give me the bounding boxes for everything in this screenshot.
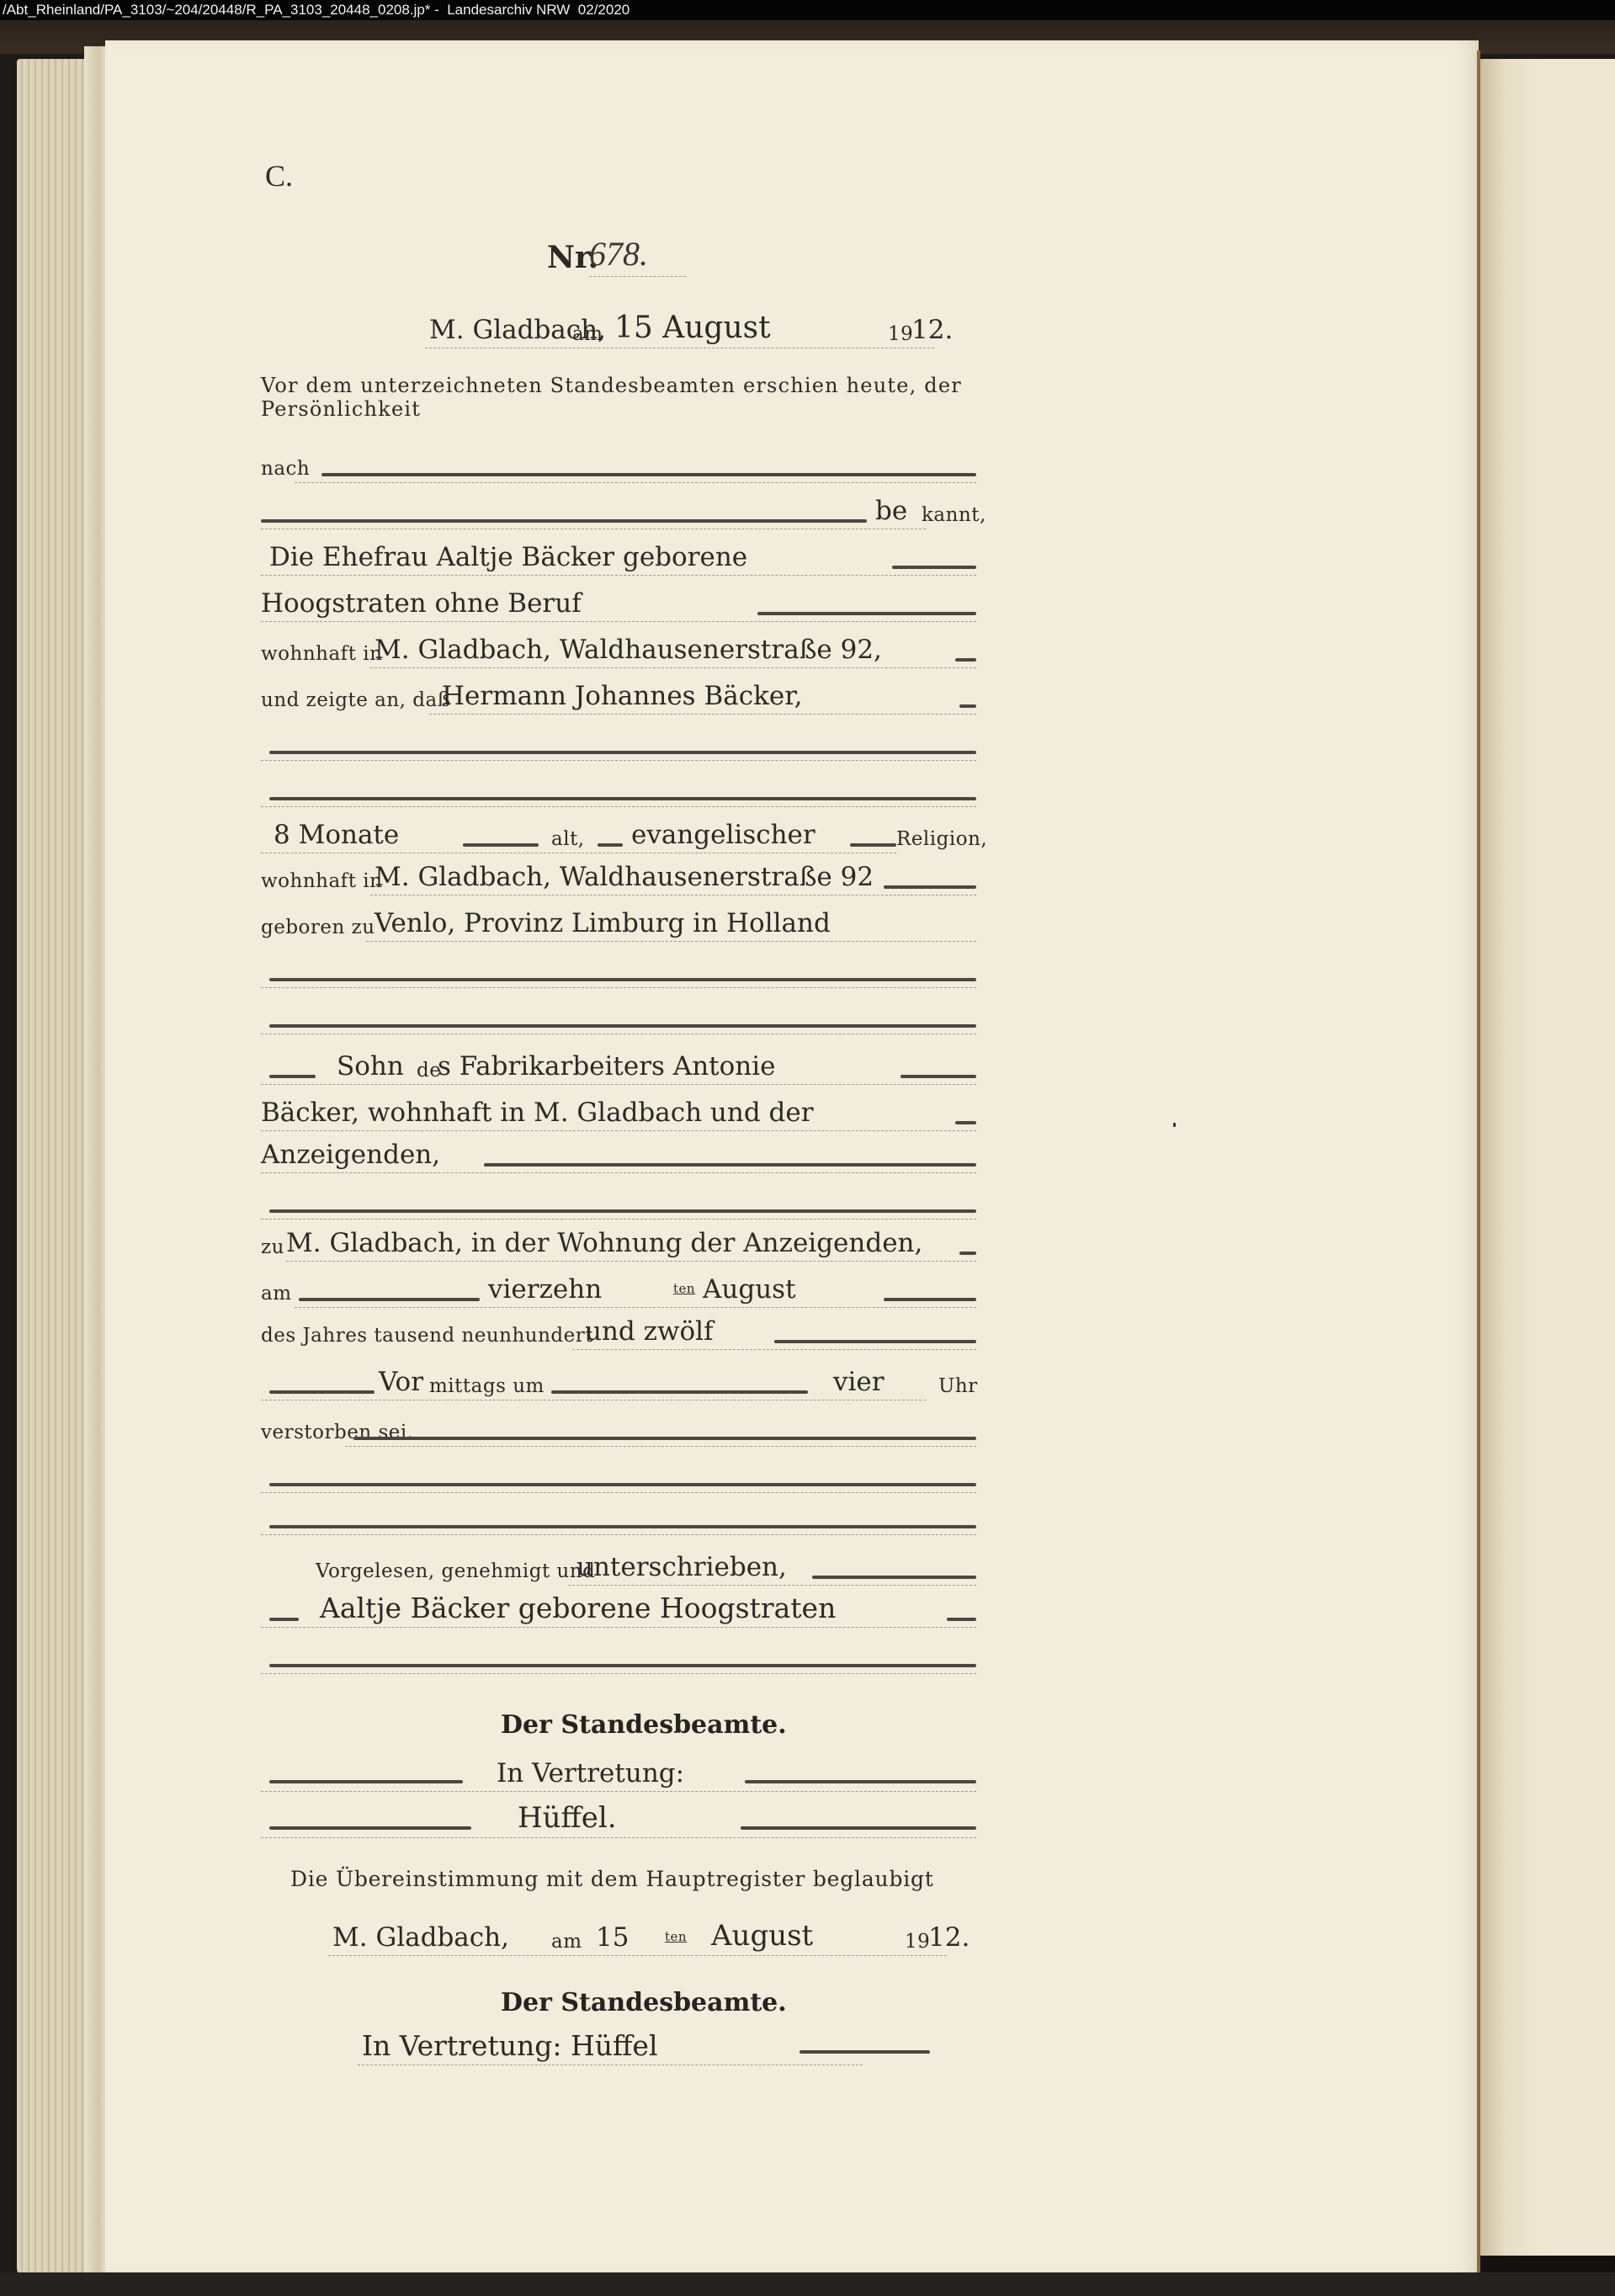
declarant-line-2: Hoogstraten ohne Beruf [261,588,582,619]
blank-row-6 [261,1456,976,1493]
bekannt-label: kannt, [922,504,986,526]
nach-label: nach [261,458,310,480]
registrar-name-row: Hüffel. [261,1801,976,1838]
bekannt-rule [261,519,867,523]
death-date-row: am vierzehn ten August [261,1271,976,1308]
cert-year-prefix: 19 [905,1931,930,1953]
mittags-label: mittags um [429,1375,545,1397]
deceased-address: M. Gladbach, Waldhausenerstraße 92 [375,862,874,892]
certification-text: Die Übereinstimmung mit dem Hauptregiste… [290,1867,934,1891]
declarant-signature-row: Aaltje Bäcker geborene Hoogstraten [261,1591,976,1628]
parents-row-2: Bäcker, wohnhaft in M. Gladbach und der [261,1094,976,1131]
sohn-handwritten: Sohn [337,1051,404,1082]
registrar-heading: Der Standesbeamte. [501,1710,787,1740]
parents-row-3: Anzeigenden, [261,1136,976,1173]
death-ten: ten [673,1281,695,1296]
death-month: August [703,1274,796,1305]
header-day-month: 15 August [614,311,771,345]
section-letter: C. [265,158,293,194]
cert-place: M. Gladbach, [332,1922,509,1953]
deceased-wohnhaft-label: wohnhaft in [261,870,382,892]
religion-label: Religion, [896,828,987,850]
death-am-label: am [261,1283,292,1305]
registrar-name: Hüffel. [518,1801,617,1835]
death-time-row: Vor mittags um vier Uhr [261,1363,976,1400]
intro-row: Vor dem unterzeichneten Standesbeamten e… [261,387,976,424]
declarant-address-row: wohnhaft in M. Gladbach, Waldhausenerstr… [261,631,976,668]
parents-line-3: Anzeigenden, [261,1140,440,1170]
declarant-address: M. Gladbach, Waldhausenerstraße 92, [375,635,882,665]
bekannt-handwritten: be [875,496,907,526]
title-bar: /Abt_Rheinland/PA_3103/~204/20448/R_PA_3… [0,0,1615,20]
header-year-prefix: 19 [888,323,913,345]
cert-ten: ten [665,1929,687,1944]
jahres-label: des Jahres tausend neunhundert [261,1325,593,1347]
blank-row-5 [261,1183,976,1220]
death-day: vierzehn [488,1274,602,1305]
blank-row-3 [261,951,976,988]
nach-rule [321,473,976,476]
blank-row-2 [261,770,976,807]
birthplace: Venlo, Provinz Limburg in Holland [375,908,831,938]
deceased-address-row: wohnhaft in M. Gladbach, Waldhausenerstr… [261,858,976,896]
age-value: 8 Monate [274,820,399,850]
record-number-value: 678. [589,234,648,274]
alt-label: alt, [551,828,585,850]
geboren-label: geboren zu [261,917,375,938]
cert-signature-row: In Vertretung: Hüffel [358,2028,922,2065]
death-place-row: zu M. Gladbach, in der Wohnung der Anzei… [261,1225,976,1262]
cert-signature: In Vertretung: Hüffel [362,2029,658,2062]
blank-row-8 [261,1637,976,1674]
cert-month: August [711,1919,813,1953]
verstorben-label: verstorben sei. [261,1422,414,1443]
declarant-row-2: Hoogstraten ohne Beruf [261,585,976,622]
blank-row-1 [261,724,976,761]
hour-value: vier [833,1367,885,1397]
blank-row-7 [261,1498,976,1535]
death-record: C. Nr. 678. M. Gladbach, am 15 August 19… [0,0,1615,2296]
vorgelesen-row: Vorgelesen, genehmigt und unterschrieben… [261,1549,976,1586]
header-date-row: M. Gladbach, am 15 August 19 12. [425,311,985,348]
cert-date-row: M. Gladbach, am 15 ten August 19 12. [328,1919,985,1956]
zeigte-row: und zeigte an, daß Hermann Johannes Bäck… [261,678,976,715]
zeigte-label: und zeigte an, daß [261,689,451,711]
vor-handwritten: Vor [379,1367,423,1397]
declarant-row-1: Die Ehefrau Aaltje Bäcker geborene [261,539,976,576]
header-year-suffix: 12. [911,315,953,345]
wohnhaft-label: wohnhaft in [261,643,382,665]
unterschrieben-handwritten: unterschrieben, [576,1552,787,1582]
death-year-row: des Jahres tausend neunhundert und zwölf [261,1313,976,1350]
cert-year-suffix: 12. [928,1922,970,1953]
religion-value: evangelischer [631,820,815,850]
death-year-words: und zwölf [585,1316,714,1347]
registrar-vertretung: In Vertretung: [497,1758,684,1788]
intro-text: Vor dem unterzeichneten Standesbeamten e… [261,374,976,421]
death-place: M. Gladbach, in der Wohnung der Anzeigen… [286,1228,922,1258]
deceased-name: Hermann Johannes Bäcker, [442,681,802,711]
record-number-dotline [589,276,686,277]
death-place-label: zu [261,1236,284,1258]
cert-day: 15 [596,1922,629,1953]
age-religion-row: 8 Monate alt, evangelischer Religion, [261,816,976,853]
bekannt-row: be kannt, [261,492,976,529]
registrar-vertretung-row: In Vertretung: [261,1755,976,1792]
cert-heading: Der Standesbeamte. [501,1988,787,2017]
cert-am-label: am [551,1931,582,1953]
parents-line-2: Bäcker, wohnhaft in M. Gladbach und der [261,1098,814,1128]
nach-row: nach [261,446,976,483]
vorgelesen-label: Vorgelesen, genehmigt und [316,1560,595,1582]
birthplace-row: geboren zu Venlo, Provinz Limburg in Hol… [261,905,976,942]
uhr-label: Uhr [938,1375,978,1397]
verstorben-row: verstorben sei. [261,1410,976,1447]
declarant-signature: Aaltje Bäcker geborene Hoogstraten [320,1592,836,1624]
parents-line-1: s Fabrikarbeiters Antonie [438,1051,776,1082]
parents-row-1: Sohn de s Fabrikarbeiters Antonie [261,1048,976,1085]
declarant-line-1: Die Ehefrau Aaltje Bäcker geborene [269,542,747,572]
blank-row-4 [261,997,976,1034]
header-am-label: am [572,323,603,345]
